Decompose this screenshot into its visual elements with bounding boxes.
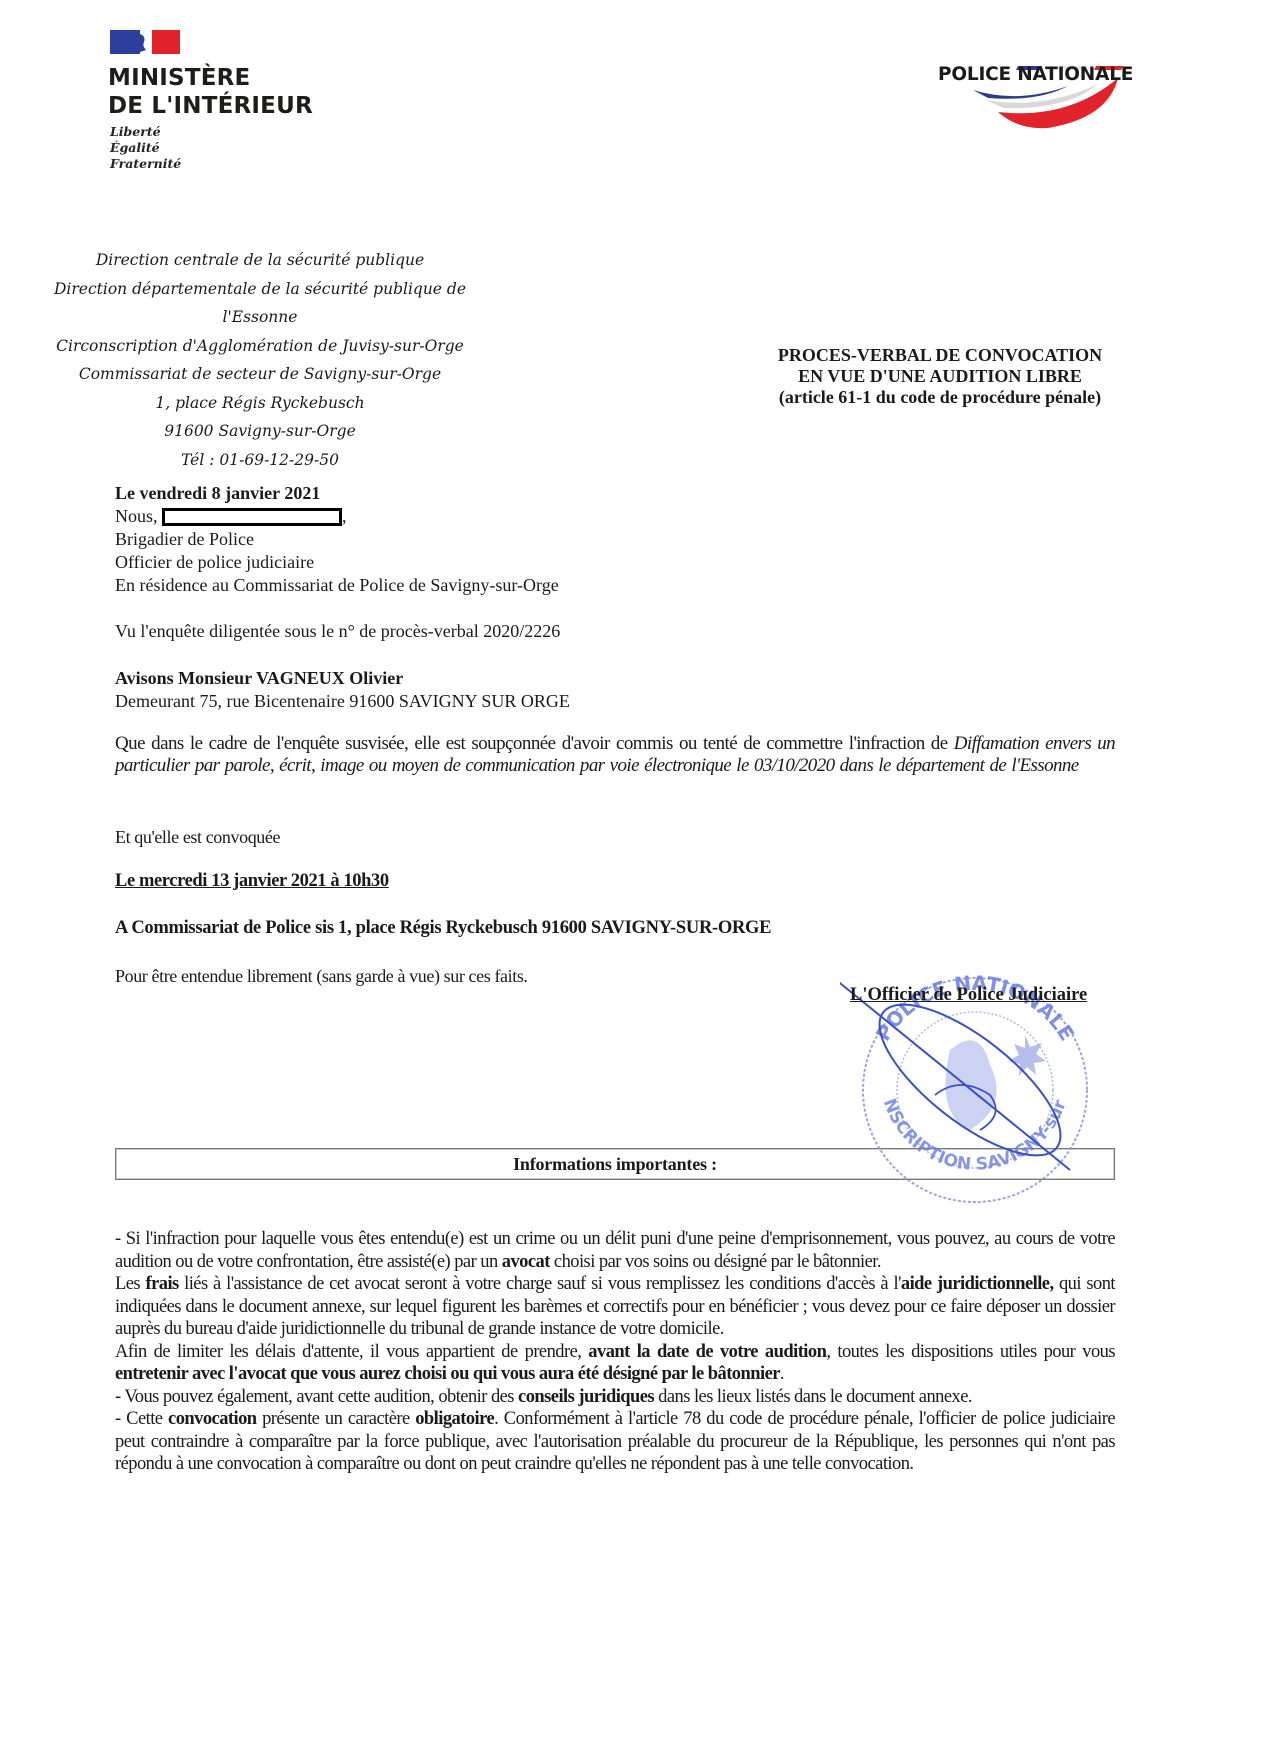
- motto-fraternite: Fraternité: [110, 156, 181, 172]
- address-line: Commissariat de secteur de Savigny-sur-O…: [20, 360, 500, 389]
- person-name: Avisons Monsieur VAGNEUX Olivier: [115, 667, 403, 690]
- comma: ,: [342, 506, 347, 526]
- svg-text:POLICE NATIONALE: POLICE NATIONALE: [871, 971, 1079, 1045]
- info-paragraph-delais: Afin de limiter les délais d'attente, il…: [115, 1341, 1115, 1386]
- address-phone: Tél : 01-69-12-29-50: [20, 446, 500, 475]
- address-line: Direction centrale de la sécurité publiq…: [20, 246, 500, 275]
- issuer-address-block: Direction centrale de la sécurité publiq…: [20, 246, 500, 474]
- informations-body: - Si l'infraction pour laquelle vous ête…: [115, 1228, 1115, 1476]
- marianne-profile-icon: [140, 30, 152, 54]
- ministry-line-1: MINISTÈRE: [108, 64, 313, 92]
- ministry-name: MINISTÈRE DE L'INTÉRIEUR: [108, 64, 313, 120]
- address-line: Direction départementale de la sécurité …: [20, 275, 500, 332]
- informations-header-box: Informations importantes :: [115, 1148, 1115, 1180]
- ministry-line-2: DE L'INTÉRIEUR: [108, 92, 313, 120]
- infraction-intro: Que dans le cadre de l'enquête susvisée,…: [115, 733, 948, 754]
- officer-line: Nous, ,: [115, 505, 347, 528]
- address-line: Circonscription d'Agglomération de Juvis…: [20, 332, 500, 361]
- convocation-date: Le mercredi 13 janvier 2021 à 10h30: [115, 871, 389, 892]
- officer-residence: En résidence au Commissariat de Police d…: [115, 574, 559, 597]
- enquete-reference: Vu l'enquête diligentée sous le n° de pr…: [115, 620, 560, 643]
- marianne-flag-logo: [110, 30, 180, 54]
- police-nationale-logo: POLICE NATIONALE: [938, 64, 1148, 132]
- republic-motto: Liberté Égalité Fraternité: [110, 124, 181, 172]
- flag-blue-band: [110, 30, 140, 54]
- info-paragraph-obligatoire: - Cette convocation présente un caractèr…: [115, 1408, 1115, 1476]
- info-paragraph-conseils: - Vous pouvez également, avant cette aud…: [115, 1386, 1115, 1409]
- title-legal-reference: (article 61-1 du code de procédure pénal…: [740, 387, 1140, 408]
- info-paragraph-frais: Les frais liés à l'assistance de cet avo…: [115, 1273, 1115, 1341]
- document-title: PROCES-VERBAL DE CONVOCATION EN VUE D'UN…: [740, 345, 1140, 408]
- person-address: Demeurant 75, rue Bicentenaire 91600 SAV…: [115, 690, 570, 713]
- convocation-intro: Et qu'elle est convoquée: [115, 826, 280, 849]
- officer-qualite: Officier de police judiciaire: [115, 551, 314, 574]
- officer-grade: Brigadier de Police: [115, 528, 254, 551]
- informations-heading: Informations importantes :: [513, 1154, 717, 1174]
- convocation-purpose: Pour être entendue librement (sans garde…: [115, 965, 528, 988]
- motto-egalite: Égalité: [110, 140, 181, 156]
- title-line-2: EN VUE D'UNE AUDITION LIBRE: [740, 366, 1140, 387]
- motto-liberte: Liberté: [110, 124, 181, 140]
- flag-red-band: [152, 30, 180, 54]
- info-paragraph-avocat: - Si l'infraction pour laquelle vous ête…: [115, 1228, 1115, 1273]
- title-line-1: PROCES-VERBAL DE CONVOCATION: [740, 345, 1140, 366]
- convocation-location: A Commissariat de Police sis 1, place Ré…: [115, 918, 771, 939]
- infraction-paragraph: Que dans le cadre de l'enquête susvisée,…: [115, 733, 1115, 777]
- address-line: 1, place Régis Ryckebusch: [20, 389, 500, 418]
- nous-label: Nous,: [115, 506, 158, 526]
- address-line: 91600 Savigny-sur-Orge: [20, 417, 500, 446]
- issue-date: Le vendredi 8 janvier 2021: [115, 482, 320, 505]
- redacted-officer-name: [162, 508, 342, 526]
- police-nationale-text: POLICE NATIONALE: [938, 64, 1133, 85]
- signature-label: L'Officier de Police Judiciaire: [850, 985, 1087, 1006]
